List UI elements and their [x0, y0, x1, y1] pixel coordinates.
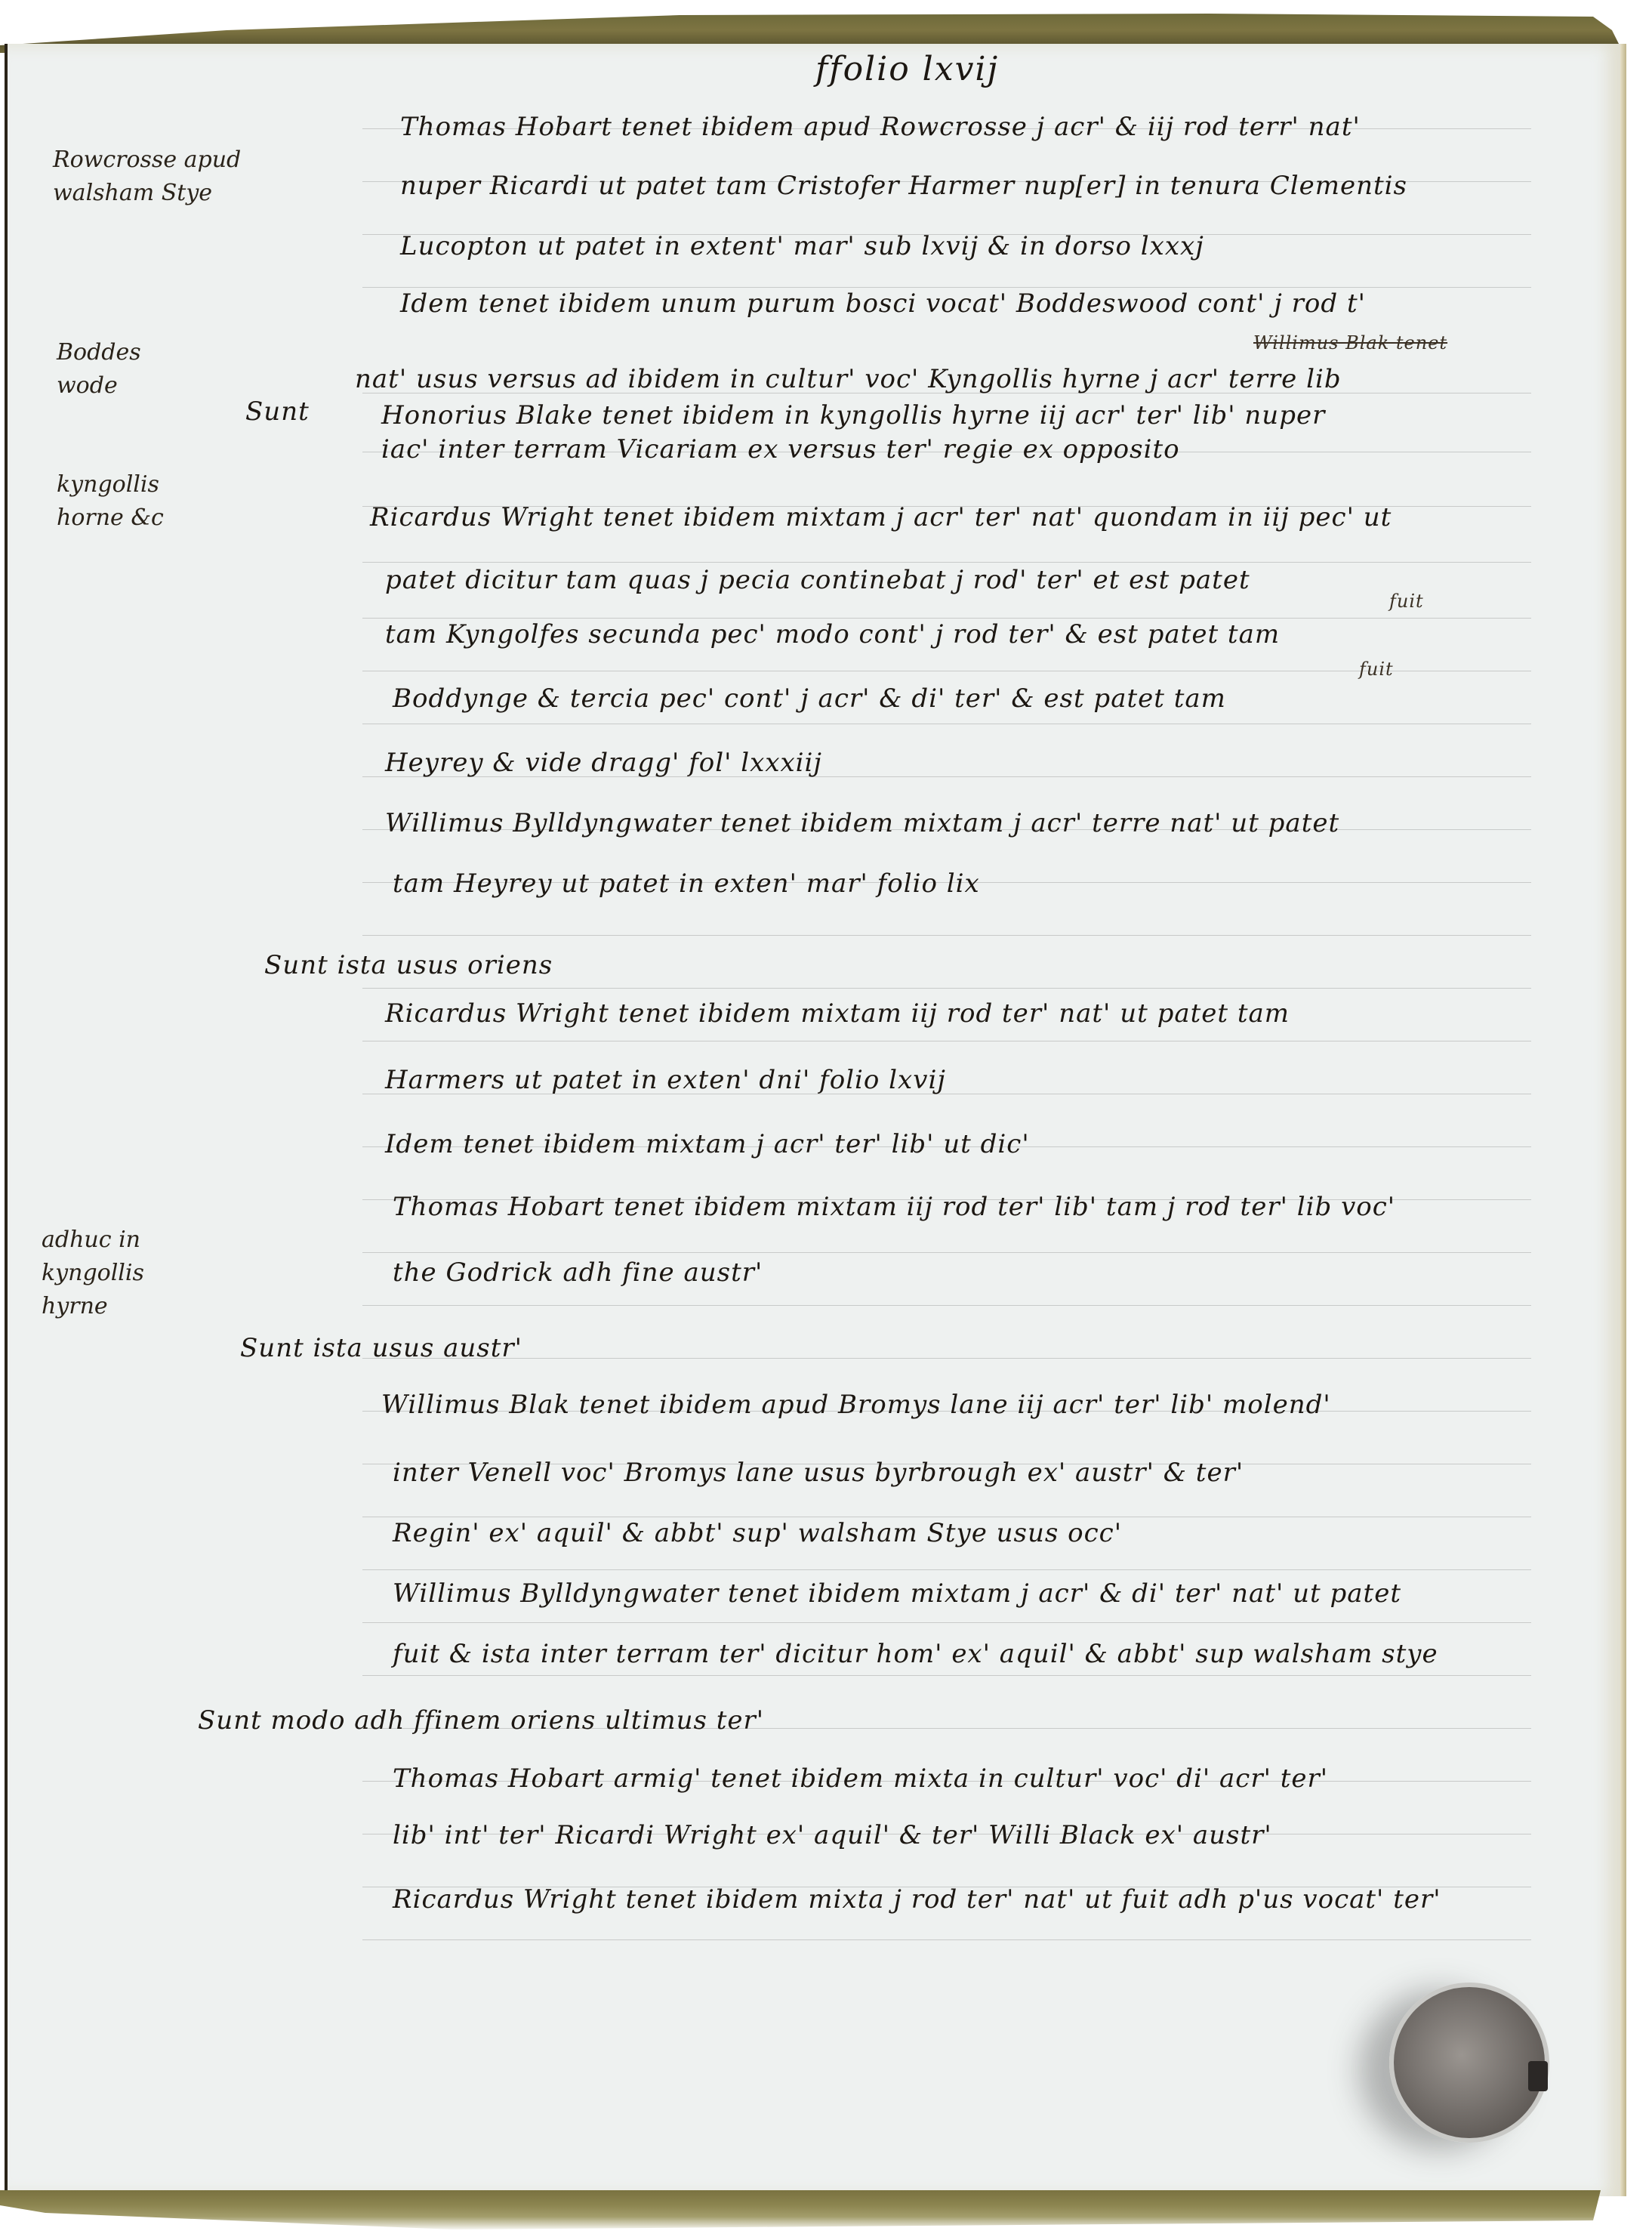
margin-note-line: Rowcrosse apud — [53, 143, 241, 177]
ruled-line — [362, 1041, 1531, 1041]
text-line: the Godrick adh fine austr' — [393, 1257, 763, 1288]
text-line: Ricardus Wright tenet ibidem mixtam iij … — [385, 998, 1290, 1029]
interlinear-insertion: fuit — [1359, 659, 1394, 680]
text-line: Thomas Hobart tenet ibidem mixtam iij ro… — [393, 1192, 1395, 1222]
text-line: Ricardus Wright tenet ibidem mixta j rod… — [393, 1884, 1441, 1915]
text-line: tam Heyrey ut patet in exten' mar' folio… — [393, 869, 980, 899]
bracket-sunt-line: Sunt ista usus austr' — [240, 1333, 522, 1363]
text-line: lib' int' ter' Ricardi Wright ex' aquil'… — [393, 1820, 1272, 1850]
ruled-line — [362, 1939, 1531, 1940]
text-line: Idem tenet ibidem mixtam j acr' ter' lib… — [385, 1129, 1030, 1159]
margin-note-rowcrosse: Rowcrosse apud walsham Stye — [53, 143, 241, 210]
ruled-line — [362, 287, 1531, 288]
margin-note-line: adhuc in — [42, 1224, 144, 1257]
metal-binding-stud — [1389, 1983, 1549, 2143]
interlinear-correction: Willimus Blak tenet — [1253, 332, 1447, 353]
ruled-line — [362, 988, 1531, 989]
margin-note-line: hyrne — [42, 1290, 144, 1323]
text-line: Willimus Bylldyngwater tenet ibidem mixt… — [393, 1578, 1401, 1609]
margin-note-line: kyngollis — [42, 1257, 144, 1290]
folio-heading: ffolio lxvij — [815, 50, 999, 88]
text-line: inter Venell voc' Bromys lane usus byrbr… — [393, 1458, 1244, 1488]
text-line: Harmers ut patet in exten' dni' folio lx… — [385, 1065, 946, 1095]
text-line: tam Kyngolfes secunda pec' modo cont' j … — [385, 619, 1280, 650]
text-line: Willimus Blak tenet ibidem apud Bromys l… — [381, 1390, 1331, 1420]
ruled-line — [362, 724, 1531, 724]
text-line: Lucopton ut patet in extent' mar' sub lx… — [400, 231, 1204, 261]
ruled-line — [362, 618, 1531, 619]
text-line: patet dicitur tam quas j pecia contineba… — [385, 565, 1250, 595]
book-binding-bottom-edge — [0, 2190, 1601, 2231]
ruled-line — [362, 1252, 1531, 1253]
ruled-line — [362, 1675, 1531, 1676]
text-line: Regin' ex' aquil' & abbt' sup' walsham S… — [393, 1518, 1122, 1548]
text-line: Boddynge & tercia pec' cont' j acr' & di… — [393, 683, 1226, 714]
ruled-line — [362, 1305, 1531, 1306]
ruled-line — [362, 1622, 1531, 1623]
interlinear-insertion: fuit — [1389, 591, 1424, 612]
text-line: Ricardus Wright tenet ibidem mixtam j ac… — [370, 502, 1392, 532]
ruled-line — [362, 1358, 1531, 1359]
ruled-line — [362, 1517, 1531, 1517]
ruled-line — [362, 1569, 1531, 1570]
text-line: Honorius Blake tenet ibidem in kyngollis… — [381, 400, 1325, 430]
bracket-sunt-line: Sunt modo adh ffinem oriens ultimus ter' — [198, 1705, 764, 1736]
text-line: iac' inter terram Vicariam ex versus ter… — [381, 434, 1180, 464]
ruled-line — [362, 935, 1531, 936]
text-line: nuper Ricardi ut patet tam Cristofer Har… — [400, 171, 1407, 201]
ruled-line — [362, 562, 1531, 563]
ruled-line — [362, 671, 1531, 671]
margin-note-line: wode — [57, 369, 141, 403]
text-line: Willimus Bylldyngwater tenet ibidem mixt… — [385, 808, 1339, 838]
text-line: Thomas Hobart armig' tenet ibidem mixta … — [393, 1764, 1328, 1794]
text-line: nat' usus versus ad ibidem in cultur' vo… — [355, 364, 1342, 394]
text-line: fuit & ista inter terram ter' dicitur ho… — [393, 1639, 1438, 1669]
text-line: Idem tenet ibidem unum purum bosci vocat… — [400, 289, 1366, 319]
margin-note-line: Boddes — [57, 336, 141, 369]
text-line: Thomas Hobart tenet ibidem apud Rowcross… — [400, 112, 1361, 142]
margin-note-adhuc-in: adhuc in kyngollis hyrne — [42, 1224, 144, 1323]
bracket-sunt-line: Sunt ista usus oriens — [264, 950, 553, 980]
bracket-sunt: Sunt — [245, 397, 310, 427]
margin-note-line: horne &c — [57, 501, 164, 535]
text-line: Heyrey & vide dragg' fol' lxxxiij — [385, 748, 822, 778]
margin-note-boddes-wode: Boddes wode — [57, 336, 141, 403]
margin-note-kyngollis-horne: kyngollis horne &c — [57, 468, 164, 535]
margin-note-line: kyngollis — [57, 468, 164, 501]
margin-note-line: walsham Stye — [53, 177, 241, 210]
